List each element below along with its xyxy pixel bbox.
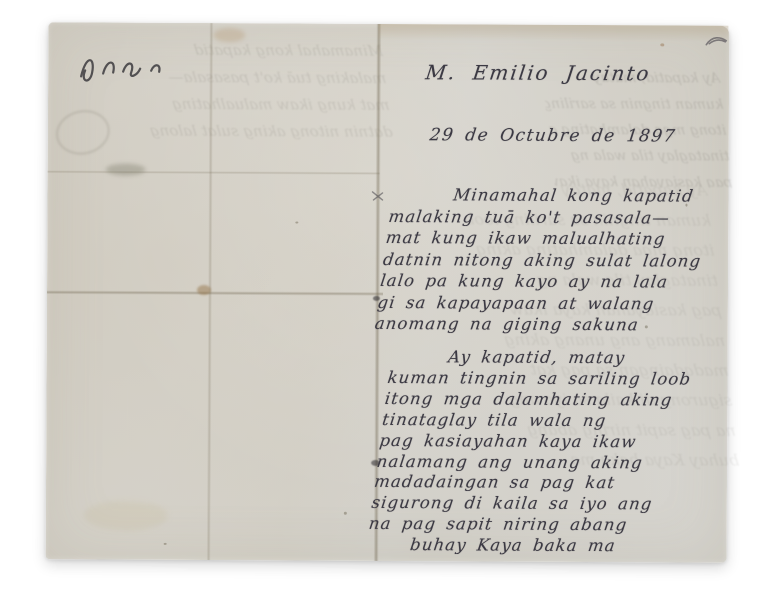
handwritten-line: nalamang ang unang aking (375, 451, 736, 474)
margin-x-mark (370, 190, 384, 202)
pen-tick-mark (703, 32, 731, 50)
letter-photograph: Minamahal kong kapatidmalaking tuā ko't … (0, 0, 768, 591)
handwritten-line: na pag sapit niring abang (367, 514, 728, 537)
handwritten-line: datnin nitong aking sulat lalong (382, 248, 737, 271)
letter-paragraph-1: Minamahal kong kapatidmalaking tuā ko't … (374, 184, 745, 336)
handwritten-line: tinataglay tila wala ng (550, 143, 731, 170)
paper-speck (295, 222, 298, 224)
handwritten-line: sigurong di kaila sa iyo ang (370, 493, 731, 516)
bottom-left-stain (84, 500, 168, 530)
handwritten-line: mat kung ikaw malualhating (88, 90, 391, 119)
handwritten-line: gi sa kapayapaan at walang (376, 291, 731, 314)
handwritten-line: mat kung ikaw malualhating (385, 227, 740, 250)
date-line: 29 de Octubre de 1897 (417, 125, 690, 146)
handwritten-line: kuman tingnin sa sariling loob (386, 368, 747, 391)
handwritten-line: Ay kapatid, matay (389, 347, 750, 370)
ink-scribble (73, 46, 177, 91)
paper-speck (660, 43, 664, 46)
handwritten-line: lalo pa kung kayo ay na lala (94, 144, 394, 150)
handwritten-line: anomang na giging sakuna (374, 313, 729, 336)
handwritten-line: pag kasiayahan kaya ikaw (378, 431, 739, 454)
handwritten-line: malaking tuā ko't pasasala— (387, 206, 742, 229)
paper-speck (344, 512, 347, 515)
handwritten-line: kuman tingnin sa sariling loob (544, 91, 725, 118)
handwritten-line: Minamahal kong kapatid (390, 184, 745, 207)
handwritten-line: buhay Kaya baka ma (365, 535, 726, 558)
horizontal-crease-upper (48, 170, 380, 175)
handwritten-line: madadaingan sa pag kat (373, 472, 734, 495)
handwritten-line: itong mga dalamhating aking (384, 389, 745, 412)
ink-bleedthrough-flourish (52, 105, 114, 159)
handwritten-line: lalo pa kung kayo ay na lala (379, 270, 734, 293)
handwritten-line: tinataglay tila wala ng (381, 410, 742, 433)
horizontal-crease-lower (47, 290, 383, 296)
letter-paragraph-2: Ay kapatid, mataykuman tingnin sa sarili… (365, 347, 750, 558)
addressee-line: M. Emilio Jacinto (387, 60, 690, 86)
letter-sheet: Minamahal kong kapatidmalaking tuā ko't … (46, 22, 730, 563)
paper-speck (164, 543, 167, 545)
rust-stain (213, 28, 245, 42)
top-edge-discoloration (378, 24, 728, 42)
handwritten-line: datnin nitong aking sulat lalong (91, 117, 394, 146)
